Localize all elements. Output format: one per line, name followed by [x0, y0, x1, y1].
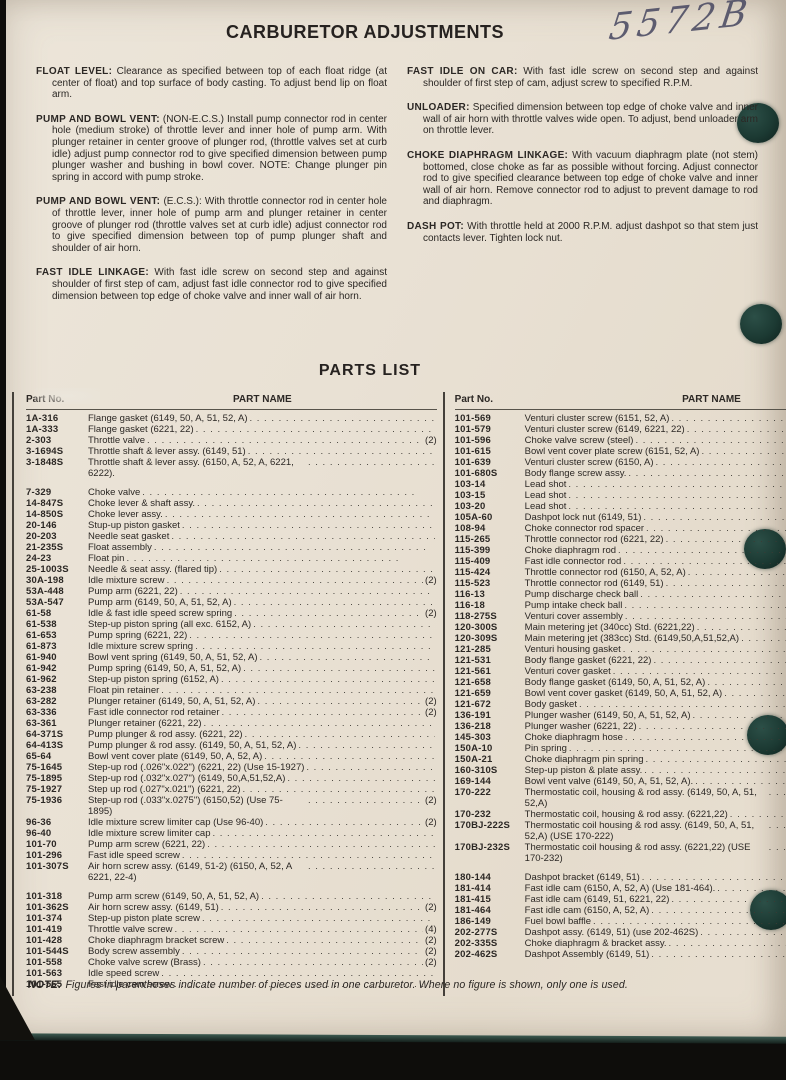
- part-number: 103-20: [455, 501, 525, 512]
- part-qty: (2): [425, 575, 437, 586]
- dot-leader: [243, 663, 435, 674]
- part-number: 14-847S: [26, 498, 88, 509]
- dot-leader: [651, 905, 786, 916]
- table-row: 145-303 Choke diaphragm hose: [455, 732, 786, 743]
- table-row: 75-1936 Step-up rod (.033"x.0275") (6150…: [26, 795, 437, 817]
- adjustments-section: FLOAT LEVEL: Clearance as specified betw…: [36, 66, 758, 315]
- dot-leader: [628, 468, 786, 479]
- dot-leader: [625, 732, 786, 743]
- part-name: Float pin: [88, 553, 124, 564]
- table-row: 64-371S Pump plunger & rod assy. (6221, …: [26, 729, 437, 740]
- part-qty: (4): [425, 924, 437, 935]
- table-row: 115-523 Throttle connector rod (6149, 51…: [455, 578, 786, 589]
- part-name: Choke diaphragm rod: [525, 545, 616, 556]
- part-number: 61-58: [26, 608, 88, 619]
- table-row: 63-361 Plunger retainer (6221, 22): [26, 718, 437, 729]
- part-name: Idle speed screw: [88, 968, 159, 979]
- part-name: Pump spring (6221, 22): [88, 630, 187, 641]
- part-name: Dashpot Assembly (6149, 51): [525, 949, 650, 960]
- dot-leader: [656, 457, 786, 468]
- part-name: Fast idle cam (6149, 51, 6221, 22): [525, 894, 670, 905]
- part-number: 101-680S: [455, 468, 525, 479]
- part-name: Idle mixture screw limiter cap: [88, 828, 210, 839]
- table-row: 108-94 Choke connector rod spacer: [455, 523, 786, 534]
- part-number: 120-300S: [455, 622, 525, 633]
- table-row: 136-218 Plunger washer (6221, 22): [455, 721, 786, 732]
- table-row: 115-399 Choke diaphragm rod: [455, 545, 786, 556]
- part-name: Thermostatic coil housing & rod assy. (6…: [525, 842, 767, 864]
- table-row: 136-191 Plunger washer (6149, 50, A, 51,…: [455, 710, 786, 721]
- parts-list-title: PARTS LIST: [0, 362, 740, 380]
- part-name: Throttle connector rod (6221, 22): [525, 534, 664, 545]
- part-name: Bowl vent valve (6149, 50, A, 51, 52, A)…: [525, 776, 693, 787]
- dot-leader: [202, 913, 435, 924]
- dot-leader: [126, 553, 434, 564]
- part-qty: (2): [425, 957, 437, 968]
- part-name: Fast idle cam (6150, A, 52, A): [525, 905, 650, 916]
- dot-leader: [688, 567, 786, 578]
- part-name: Choke valve: [88, 487, 140, 498]
- table-row: 14-847S Choke lever & shaft assy.: [26, 498, 437, 509]
- dot-leader: [250, 413, 435, 424]
- dot-leader: [697, 622, 786, 633]
- dot-leader: [203, 957, 423, 968]
- part-number: 61-962: [26, 674, 88, 685]
- part-number: 202-462S: [455, 949, 525, 960]
- dot-leader: [219, 564, 434, 575]
- part-name: Throttle valve screw: [88, 924, 172, 935]
- dot-leader: [644, 765, 786, 776]
- part-qty: (2): [425, 935, 437, 946]
- adjustment-heading: PUMP AND BOWL VENT:: [36, 114, 160, 125]
- table-row: 53A-448 Pump arm (6221, 22): [26, 586, 437, 597]
- parts-list: Part No. PART NAME 1A-316 Flange gasket …: [12, 392, 764, 996]
- part-number: 121-672: [455, 699, 525, 710]
- dot-leader: [568, 490, 786, 501]
- table-row: 101-362S Air horn screw assy. (6149, 51)…: [26, 902, 437, 913]
- part-name: Plunger retainer (6221, 22): [88, 718, 202, 729]
- part-name: Flange gasket (6149, 50, A, 51, 52, A): [88, 413, 248, 424]
- part-qty: (2): [425, 435, 437, 446]
- table-row: 7-329 Choke valve: [26, 487, 437, 498]
- parts-right-column: Part No. PART NAME 101-569 Venturi clust…: [445, 392, 786, 996]
- part-name: Choke valve screw (steel): [525, 435, 634, 446]
- adjustments-right-column: FAST IDLE ON CAR: With fast idle screw o…: [407, 66, 758, 315]
- table-row: 101-296 Fast idle speed screw: [26, 850, 437, 861]
- part-name: Pin spring: [525, 743, 567, 754]
- adjustment-paragraph: PUMP AND BOWL VENT: (NON-E.C.S.) Install…: [36, 114, 387, 184]
- table-row: 121-659 Bowl vent cover gasket (6149, 50…: [455, 688, 786, 699]
- table-row: 181-464 Fast idle cam (6150, A, 52, A): [455, 905, 786, 916]
- table-row: 202-335S Choke diaphragm & bracket assy.: [455, 938, 786, 949]
- part-name: Thermostatic coil housing & rod assy. (6…: [525, 820, 767, 842]
- part-name: Lead shot: [525, 501, 567, 512]
- part-number: 61-653: [26, 630, 88, 641]
- part-name: Venturi cover gasket: [525, 666, 611, 677]
- part-number: 101-428: [26, 935, 88, 946]
- dot-leader: [234, 608, 423, 619]
- table-row: 96-40 Idle mixture screw limiter cap: [26, 828, 437, 839]
- part-number: 115-523: [455, 578, 525, 589]
- part-name: Main metering jet (383cc) Std. (6149,50,…: [525, 633, 739, 644]
- dot-leader: [298, 740, 434, 751]
- table-header: Part No. PART NAME: [455, 392, 786, 410]
- part-number: 63-361: [26, 718, 88, 729]
- dot-leader: [180, 586, 435, 597]
- part-name: Pump discharge check ball: [525, 589, 639, 600]
- dot-leader: [700, 927, 786, 938]
- dot-leader: [207, 839, 434, 850]
- dot-leader: [623, 644, 786, 655]
- table-row: 105A-60 Dashpot lock nut (6149, 51): [455, 512, 786, 523]
- adjustment-paragraph: FAST IDLE LINKAGE: With fast idle screw …: [36, 267, 387, 302]
- part-number: 101-579: [455, 424, 525, 435]
- dot-leader: [625, 611, 786, 622]
- part-number: 101-307S: [26, 861, 88, 872]
- part-number: 14-850S: [26, 509, 88, 520]
- part-number: 63-282: [26, 696, 88, 707]
- table-row: 61-942 Pump spring (6149, 50, A, 51, 52,…: [26, 663, 437, 674]
- dot-leader: [613, 666, 786, 677]
- part-number: 75-1936: [26, 795, 88, 806]
- part-name: Throttle valve: [88, 435, 145, 446]
- part-number: 24-23: [26, 553, 88, 564]
- part-number: 53A-448: [26, 586, 88, 597]
- part-number: 103-14: [455, 479, 525, 490]
- dot-leader: [308, 861, 435, 872]
- part-number: 170-222: [455, 787, 525, 798]
- part-name: Needle & seat assy. (flared tip): [88, 564, 217, 575]
- table-row: 2-303 Throttle valve (2): [26, 435, 437, 446]
- table-row: 160-310S Step-up piston & plate assy.: [455, 765, 786, 776]
- part-number: 64-371S: [26, 729, 88, 740]
- part-name: Body flange gasket (6149, 50, A, 51, 52,…: [525, 677, 706, 688]
- dot-leader: [308, 457, 435, 468]
- table-row: 53A-547 Pump arm (6149, 50, A, 51, 52, A…: [26, 597, 437, 608]
- table-row: 61-940 Bowl vent spring (6149, 50, A, 51…: [26, 652, 437, 663]
- dot-leader: [671, 894, 786, 905]
- part-number: 121-659: [455, 688, 525, 699]
- part-number: 116-13: [455, 589, 525, 600]
- dot-leader: [646, 523, 786, 534]
- table-row: 101-419 Throttle valve screw (4): [26, 924, 437, 935]
- table-row: 101-428 Choke diaphragm bracket screw (2…: [26, 935, 437, 946]
- table-row: 101-558 Choke valve screw (Brass) (2): [26, 957, 437, 968]
- table-row: 103-14 Lead shot: [455, 479, 786, 490]
- part-number: 61-873: [26, 641, 88, 652]
- table-row: 121-531 Body flange gasket (6221, 22): [455, 655, 786, 666]
- table-row: 120-309S Main metering jet (383cc) Std. …: [455, 633, 786, 644]
- part-name: Pump plunger & rod assy. (6149, 50, A, 5…: [88, 740, 296, 751]
- part-number: 61-940: [26, 652, 88, 663]
- adjustment-paragraph: DASH POT: With throttle held at 2000 R.P…: [407, 221, 758, 244]
- dot-leader: [568, 479, 786, 490]
- dot-leader: [306, 762, 434, 773]
- adjustment-heading: DASH POT:: [407, 221, 464, 232]
- dot-leader: [769, 787, 786, 798]
- part-number: 181-464: [455, 905, 525, 916]
- dot-leader: [635, 435, 786, 446]
- table-row: 25-1003S Needle & seat assy. (flared tip…: [26, 564, 437, 575]
- dot-leader: [287, 773, 434, 784]
- part-number: 101-558: [26, 957, 88, 968]
- dot-leader: [257, 696, 423, 707]
- dot-leader: [167, 575, 423, 586]
- part-qty: (2): [425, 902, 437, 913]
- dot-leader: [196, 424, 435, 435]
- table-row: 101-596 Choke valve screw (steel) (2): [455, 435, 786, 446]
- part-number: 20-203: [26, 531, 88, 542]
- table-row: 202-462S Dashpot Assembly (6149, 51): [455, 949, 786, 960]
- part-name: Air horn screw assy. (6149, 51-2) (6150,…: [88, 861, 306, 883]
- table-row: 96-36 Idle mixture screw limiter cap (Us…: [26, 817, 437, 828]
- dot-leader: [579, 699, 786, 710]
- part-name: Body gasket: [525, 699, 577, 710]
- adjustment-body: Specified dimension between top edge of …: [423, 102, 758, 136]
- table-row: 75-1895 Step-up rod (.032"x.027") (6149,…: [26, 773, 437, 784]
- table-row: 61-58 Idle & fast idle speed screw sprin…: [26, 608, 437, 619]
- dot-leader: [568, 501, 786, 512]
- part-qty: (2): [425, 707, 437, 718]
- footnote: NOTE:Figures in parentheses indicate num…: [28, 979, 768, 991]
- adjustment-heading: PUMP AND BOWL VENT:: [36, 196, 160, 207]
- table-row: 61-653 Pump spring (6221, 22): [26, 630, 437, 641]
- part-name: Lead shot: [525, 479, 567, 490]
- table-row: 116-13 Pump discharge check ball: [455, 589, 786, 600]
- part-name: Float pin retainer: [88, 685, 159, 696]
- part-number: 170-232: [455, 809, 525, 820]
- table-row: 170BJ-232S Thermostatic coil housing & r…: [455, 842, 786, 864]
- part-name: Venturi cover assembly: [525, 611, 623, 622]
- adjustment-body: With throttle held at 2000 R.P.M. adjust…: [423, 221, 758, 244]
- footnote-text: Figures in parentheses indicate number o…: [65, 979, 627, 991]
- part-number: 180-144: [455, 872, 525, 883]
- table-row: 121-672 Body gasket: [455, 699, 786, 710]
- table-row: 118-275S Venturi cover assembly: [455, 611, 786, 622]
- dot-leader: [666, 578, 786, 589]
- part-name: Bowl vent cover gasket (6149, 50, A, 51,…: [525, 688, 723, 699]
- part-name: Thermostatic coil, housing & rod assy. (…: [525, 809, 728, 820]
- dot-leader: [693, 710, 786, 721]
- table-row: 1A-333 Flange gasket (6221, 22): [26, 424, 437, 435]
- column-header-part-name: PART NAME: [88, 394, 437, 405]
- part-number: 105A-60: [455, 512, 525, 523]
- table-row: 181-415 Fast idle cam (6149, 51, 6221, 2…: [455, 894, 786, 905]
- part-name: Plunger washer (6221, 22): [525, 721, 637, 732]
- part-number: 64-413S: [26, 740, 88, 751]
- part-name: Stup-up piston gasket: [88, 520, 180, 531]
- part-name: Fast idle connector rod retainer: [88, 707, 219, 718]
- part-number: 145-303: [455, 732, 525, 743]
- dot-leader: [701, 446, 786, 457]
- part-number: 65-64: [26, 751, 88, 762]
- table-row: 75-1927 Step up rod (.027"x.021") (6221,…: [26, 784, 437, 795]
- part-name: Float assembly: [88, 542, 152, 553]
- table-row: 101-318 Pump arm screw (6149, 50, A, 51,…: [26, 891, 437, 902]
- part-number: 101-318: [26, 891, 88, 902]
- parts-left-column: Part No. PART NAME 1A-316 Flange gasket …: [12, 392, 445, 996]
- dot-leader: [261, 891, 435, 902]
- part-name: Venturi housing gasket: [525, 644, 621, 655]
- dot-leader: [161, 968, 434, 979]
- part-number: 136-191: [455, 710, 525, 721]
- part-number: 25-1003S: [26, 564, 88, 575]
- dot-leader: [741, 633, 786, 644]
- dot-leader: [666, 534, 786, 545]
- part-name: Venturi cluster screw (6151, 52, A): [525, 413, 670, 424]
- table-row: 30A-198 Idle mixture screw (2): [26, 575, 437, 586]
- part-name: Air horn screw assy. (6149, 51): [88, 902, 219, 913]
- part-name: Choke connector rod spacer: [525, 523, 644, 534]
- dot-leader: [643, 512, 786, 523]
- dot-leader: [730, 809, 786, 820]
- table-row: 20-203 Needle seat gasket: [26, 531, 437, 542]
- table-row: 65-64 Bowl vent cover plate (6149, 50, A…: [26, 751, 437, 762]
- table-row: 24-23 Float pin: [26, 553, 437, 564]
- part-name: Choke lever assy.: [88, 509, 163, 520]
- part-number: 75-1927: [26, 784, 88, 795]
- dot-leader: [253, 619, 434, 630]
- dot-leader: [174, 924, 423, 935]
- part-name: Pump spring (6149, 50, A, 51, 52, A): [88, 663, 241, 674]
- part-number: 53A-547: [26, 597, 88, 608]
- part-name: Choke diaphragm hose: [525, 732, 623, 743]
- part-name: Step-up piston plate screw: [88, 913, 200, 924]
- table-row: 181-414 Fast idle cam (6150, A, 52, A) (…: [455, 883, 786, 894]
- part-number: 186-149: [455, 916, 525, 927]
- part-number: 101-296: [26, 850, 88, 861]
- part-name: Choke valve screw (Brass): [88, 957, 201, 968]
- part-number: 101-362S: [26, 902, 88, 913]
- table-row: 64-413S Pump plunger & rod assy. (6149, …: [26, 740, 437, 751]
- table-row: 101-639 Venturi cluster screw (6150, A) …: [455, 457, 786, 468]
- adjustment-paragraph: FAST IDLE ON CAR: With fast idle screw o…: [407, 66, 758, 89]
- table-row: 103-15 Lead shot (2): [455, 490, 786, 501]
- column-header-part-no: Part No.: [455, 394, 525, 405]
- part-name: Dashpot assy. (6149, 51) (use 202-462S): [525, 927, 699, 938]
- dot-leader: [640, 589, 786, 600]
- dot-leader: [154, 542, 435, 553]
- dot-leader: [221, 902, 423, 913]
- table-row: 180-144 Dashpot bracket (6149, 51): [455, 872, 786, 883]
- part-name: Pump arm (6221, 22): [88, 586, 178, 597]
- adjustment-paragraph: CHOKE DIAPHRAGM LINKAGE: With vacuum dia…: [407, 150, 758, 208]
- part-number: 202-335S: [455, 938, 525, 949]
- adjustment-heading: FAST IDLE ON CAR:: [407, 66, 518, 77]
- part-number: 115-265: [455, 534, 525, 545]
- dot-leader: [212, 828, 434, 839]
- part-number: 7-329: [26, 487, 88, 498]
- part-name: Throttle connector rod (6150, A, 52, A): [525, 567, 686, 578]
- dot-leader: [717, 883, 786, 894]
- part-name: Bowl vent cover plate screw (6151, 52, A…: [525, 446, 700, 457]
- dot-leader: [197, 498, 435, 509]
- part-name: Flange gasket (6221, 22): [88, 424, 194, 435]
- table-row: 116-18 Pump intake check ball: [455, 600, 786, 611]
- table-row: 61-538 Step-up piston spring (all exc. 6…: [26, 619, 437, 630]
- table-row: 14-850S Choke lever assy.: [26, 509, 437, 520]
- part-name: Venturi cluster screw (6149, 6221, 22): [525, 424, 685, 435]
- part-number: 1A-333: [26, 424, 88, 435]
- dot-leader: [161, 685, 434, 696]
- part-number: 20-146: [26, 520, 88, 531]
- part-number: 116-18: [455, 600, 525, 611]
- table-row: 101-70 Pump arm screw (6221, 22): [26, 839, 437, 850]
- table-row: 170BJ-222S Thermostatic coil housing & r…: [455, 820, 786, 842]
- part-number: 160-310S: [455, 765, 525, 776]
- part-number: 101-544S: [26, 946, 88, 957]
- table-row: 101-615 Bowl vent cover plate screw (615…: [455, 446, 786, 457]
- part-name: Choke diaphragm bracket screw: [88, 935, 224, 946]
- part-name: Dashpot bracket (6149, 51): [525, 872, 640, 883]
- part-number: 101-615: [455, 446, 525, 457]
- part-number: 120-309S: [455, 633, 525, 644]
- part-number: 121-658: [455, 677, 525, 688]
- part-number: 181-415: [455, 894, 525, 905]
- table-row: 3-1694S Throttle shaft & lever assy. (61…: [26, 446, 437, 457]
- dot-leader: [695, 776, 786, 787]
- table-row: 103-20 Lead shot (2): [455, 501, 786, 512]
- part-name: Lead shot: [525, 490, 567, 501]
- table-row: 101-579 Venturi cluster screw (6149, 622…: [455, 424, 786, 435]
- dot-leader: [142, 487, 434, 498]
- adjustment-paragraph: PUMP AND BOWL VENT: (E.C.S.): With throt…: [36, 196, 387, 254]
- part-name: Pump arm (6149, 50, A, 51, 52, A): [88, 597, 232, 608]
- part-name: Pump intake check ball: [525, 600, 623, 611]
- dot-leader: [769, 820, 786, 831]
- part-number: 115-409: [455, 556, 525, 567]
- part-name: Choke diaphragm pin spring: [525, 754, 644, 765]
- adjustment-heading: FAST IDLE LINKAGE:: [36, 267, 149, 278]
- dot-leader: [171, 531, 434, 542]
- part-number: 150A-10: [455, 743, 525, 754]
- dot-leader: [226, 935, 423, 946]
- table-row: 63-282 Plunger retainer (6149, 50, A, 51…: [26, 696, 437, 707]
- part-qty: (2): [425, 608, 437, 619]
- table-row: 115-265 Throttle connector rod (6221, 22…: [455, 534, 786, 545]
- part-number: 101-374: [26, 913, 88, 924]
- dot-leader: [569, 743, 786, 754]
- table-row: 101-374 Step-up piston plate screw: [26, 913, 437, 924]
- dot-leader: [182, 850, 435, 861]
- part-name: Idle mixture screw spring: [88, 641, 193, 652]
- part-number: 103-15: [455, 490, 525, 501]
- table-row: 121-561 Venturi cover gasket: [455, 666, 786, 677]
- table-row: 75-1645 Step-up rod (.026"x.022") (6221,…: [26, 762, 437, 773]
- table-row: 63-238 Float pin retainer: [26, 685, 437, 696]
- dot-leader: [707, 677, 786, 688]
- dot-leader: [265, 817, 423, 828]
- part-name: Fast idle cam (6150, A, 52, A) (Use 181-…: [525, 883, 716, 894]
- dot-leader: [243, 784, 435, 795]
- part-name: Venturi cluster screw (6150, A): [525, 457, 654, 468]
- part-number: 2-303: [26, 435, 88, 446]
- part-number: 30A-198: [26, 575, 88, 586]
- part-name: Needle seat gasket: [88, 531, 169, 542]
- part-name: Step-up piston & plate assy.: [525, 765, 643, 776]
- dot-leader: [248, 446, 435, 457]
- part-name: Throttle shaft & lever assy. (6149, 51): [88, 446, 246, 457]
- part-number: 121-531: [455, 655, 525, 666]
- dot-leader: [221, 707, 423, 718]
- part-number: 3-1694S: [26, 446, 88, 457]
- table-row: 169-144 Bowl vent valve (6149, 50, A, 51…: [455, 776, 786, 787]
- dot-leader: [147, 435, 423, 446]
- part-name: Step-up rod (.033"x.0275") (6150,52) (Us…: [88, 795, 306, 817]
- table-row: 63-336 Fast idle connector rod retainer …: [26, 707, 437, 718]
- table-row: 121-285 Venturi housing gasket: [455, 644, 786, 655]
- part-name: Step-up piston spring (6152, A): [88, 674, 219, 685]
